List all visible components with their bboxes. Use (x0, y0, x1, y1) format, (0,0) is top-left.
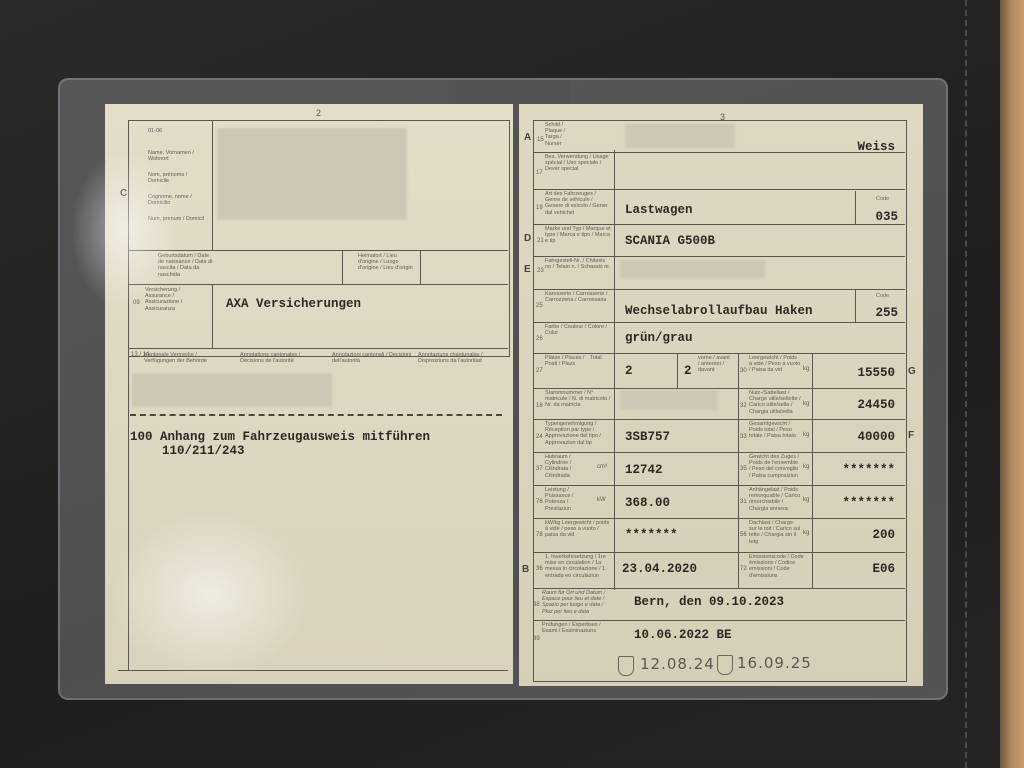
divider (533, 452, 905, 453)
divider (533, 552, 905, 553)
vehicle-type-value: Lastwagen (625, 203, 693, 217)
seats-total-label: Total (590, 355, 612, 361)
serial-label: Stammnummer / N° matricule / N. di matri… (545, 390, 611, 409)
divider (128, 284, 508, 285)
type-approval-value: 3SB757 (625, 430, 670, 444)
serial-number-label-no: 18 (536, 403, 543, 409)
inspections-value: 10.06.2022 BE (634, 628, 732, 642)
body-code: 255 (858, 306, 898, 320)
train-weight-value: ******* (820, 463, 895, 477)
side-letter-g: G (908, 366, 916, 377)
inspections-label: Prüfungen / Expertises / Esami / Examina… (542, 622, 602, 634)
body-label: Karosserie / Carrosserie / Carrozzeria /… (545, 291, 611, 303)
train-weight-label: Gewicht des Zuges / Poids de l'ensemble … (749, 454, 801, 479)
color-number: 26 (536, 336, 543, 342)
seats-number: 27 (536, 368, 543, 374)
payload-value: 24450 (820, 398, 895, 412)
payload-label: Nutz-/Sattellast / Charge utile/sellette… (749, 390, 801, 415)
canton-crest-stamp-icon (618, 656, 634, 676)
inspection-stamp-2: 16.09.25 (737, 654, 812, 672)
section-letter-e: E (524, 264, 531, 275)
redacted-chassis-number (620, 260, 765, 278)
trailer-load-unit: kg (803, 497, 809, 503)
power-value: 368.00 (625, 496, 670, 510)
vehicle-type-code: 035 (858, 210, 898, 224)
divider (533, 518, 905, 519)
displacement-label: Hubraum / Cylindrée / Cilindrata / Cilin… (545, 454, 590, 479)
canton-crest-stamp-icon (717, 655, 733, 675)
power-number: 76 (536, 499, 543, 505)
side-letter-f: F (908, 430, 914, 441)
sleeve-tab (455, 80, 570, 104)
divider (420, 250, 421, 284)
chassis-number-label-no: 23 (537, 268, 544, 274)
train-weight-number: 35 (740, 466, 747, 472)
displacement-unit: cm³ (597, 464, 607, 470)
vehicle-type-code-label: Code (876, 196, 889, 202)
plate-number: 15 (537, 137, 544, 143)
make-model-number: 21 (537, 238, 544, 244)
label-column-divider (614, 150, 615, 590)
roof-load-value: 200 (820, 528, 895, 542)
sleeve-glare (110, 510, 310, 680)
remark-line-2: 110/211/243 (162, 444, 245, 458)
seats-label: Plätze / Places / Posti / Plazs (545, 355, 585, 367)
sleeve-glare (70, 150, 180, 310)
place-date-label: Raum für Ort und Datum / Espace pour lie… (542, 590, 614, 615)
divider (128, 348, 508, 349)
roof-load-unit: kg (803, 530, 809, 536)
redacted-authority-note (132, 373, 332, 407)
divider (533, 224, 905, 225)
emission-code-label: Emissionscode / Code émissions / Codice … (749, 554, 809, 579)
divider (533, 322, 905, 323)
train-weight-unit: kg (803, 464, 809, 470)
page-number-left: 2 (316, 108, 321, 118)
power-ratio-label: kW/kg Leergewicht / poids à vide / peso … (545, 520, 611, 539)
divider (533, 189, 905, 190)
section-letter-d: D (524, 233, 531, 244)
wooden-table-edge (1000, 0, 1024, 768)
holder-divider (212, 120, 213, 250)
special-use-number: 17 (536, 170, 543, 176)
place-date-number: 38 (533, 602, 540, 608)
payload-number: 32 (740, 403, 747, 409)
divider (533, 620, 905, 621)
vehicle-type-number: 19 (536, 205, 543, 211)
place-date-value: Bern, den 09.10.2023 (634, 595, 784, 609)
divider (533, 256, 905, 257)
total-weight-label: Gesamtgewicht / Poids total / Peso total… (749, 421, 801, 440)
plate-label: Schild / Plaque / Targa / Nurser (545, 122, 575, 147)
remark-line-1: 100 Anhang zum Fahrzeugausweis mitführen (130, 430, 430, 444)
displacement-value: 12742 (625, 463, 663, 477)
emission-code-number: 72 (740, 566, 747, 572)
type-approval-label: Typengenehmigung / Réception par type / … (545, 421, 611, 446)
trailer-load-number: 31 (740, 499, 747, 505)
divider (212, 284, 213, 348)
power-label: Leistung / Puissance / Potenza / Prestaz… (545, 487, 590, 512)
payload-unit: kg (803, 401, 809, 407)
power-ratio-number: 78 (536, 532, 543, 538)
first-registration-value: 23.04.2020 (622, 562, 697, 576)
make-model-value: SCANIA G500B (625, 234, 715, 248)
authority-label-fr: Annotations cantonales / Décisions de l'… (240, 352, 320, 364)
divider (677, 353, 678, 388)
roof-load-number: 56 (740, 532, 747, 538)
seats-front-value: 2 (684, 364, 692, 378)
divider (342, 250, 343, 284)
trailer-load-label: Anhängelast / Poids remorquable / Carico… (749, 487, 801, 512)
inspections-number: 39 (533, 636, 540, 642)
holder-code: 01-06 (148, 128, 162, 134)
section-letter-b: B (522, 564, 529, 575)
special-use-label: Bes. Verwendung / Usage spécial / Uso sp… (545, 154, 611, 173)
body-value: Wechselabrollaufbau Haken (625, 304, 813, 318)
divider (533, 388, 905, 389)
empty-weight-value: 15550 (820, 366, 895, 380)
color-label: Farbe / Couleur / Colore / Colur (545, 324, 611, 336)
folder-stitching (965, 0, 969, 768)
body-number: 25 (536, 303, 543, 309)
redacted-plate-number (625, 124, 735, 148)
empty-weight-unit: kg (803, 366, 809, 372)
empty-weight-number: 30 (740, 368, 747, 374)
divider (533, 353, 905, 354)
divider (128, 250, 508, 251)
body-code-label: Code (876, 293, 889, 299)
emission-code-value: E06 (820, 562, 895, 576)
displacement-number: 37 (536, 466, 543, 472)
power-unit: kW (597, 497, 606, 503)
authority-label-rm: Annotaziuns chantunalas / Disposiziuns d… (418, 352, 502, 364)
vehicle-type-label: Art des Fahrzeuges / Genre de véhicule /… (545, 191, 611, 216)
dashed-separator (130, 414, 502, 416)
divider (533, 588, 905, 589)
total-weight-value: 40000 (820, 430, 895, 444)
authority-label-de: Kantonale Vermerke / Verfügungen der Beh… (144, 352, 224, 364)
divider (533, 485, 905, 486)
type-approval-number: 24 (536, 434, 543, 440)
seats-total-value: 2 (625, 364, 633, 378)
divider (533, 152, 905, 153)
power-ratio-value: ******* (625, 528, 678, 542)
first-registration-label: 1. Inverkehrsetzung / 1re mise en circul… (545, 554, 611, 579)
first-registration-number: 36 (536, 566, 543, 572)
redacted-serial-number (620, 390, 718, 410)
authority-label-it: Annotazioni cantonali / Decisioni dell'a… (332, 352, 412, 364)
divider (533, 419, 905, 420)
insurance-value: AXA Versicherungen (226, 297, 361, 311)
divider (855, 191, 856, 224)
roof-load-label: Dachlast / Charge sur le toit / Carico s… (749, 520, 801, 545)
total-weight-unit: kg (803, 432, 809, 438)
divider (533, 289, 905, 290)
empty-weight-label: Leergewicht / Poids à vide / Peso a vuot… (749, 355, 801, 374)
redacted-holder-name (217, 128, 407, 220)
section-letter-a: A (524, 132, 531, 143)
color-value: grün/grau (625, 331, 693, 345)
trailer-load-value: ******* (820, 496, 895, 510)
inspection-stamp-1: 12.08.24 (640, 655, 715, 673)
chassis-label: Fahrgestell-Nr. / Châssis no / Telaio n.… (545, 258, 611, 270)
divider (855, 289, 856, 322)
make-model-label: Marke und Typ / Marque et type / Marca e… (545, 226, 611, 245)
total-weight-number: 33 (740, 434, 747, 440)
origin-label: Heimatort / Lieu d'origine / Luogo d'ori… (358, 253, 413, 272)
seats-front-label: vorne / avant / anteriori / davant (698, 355, 732, 374)
